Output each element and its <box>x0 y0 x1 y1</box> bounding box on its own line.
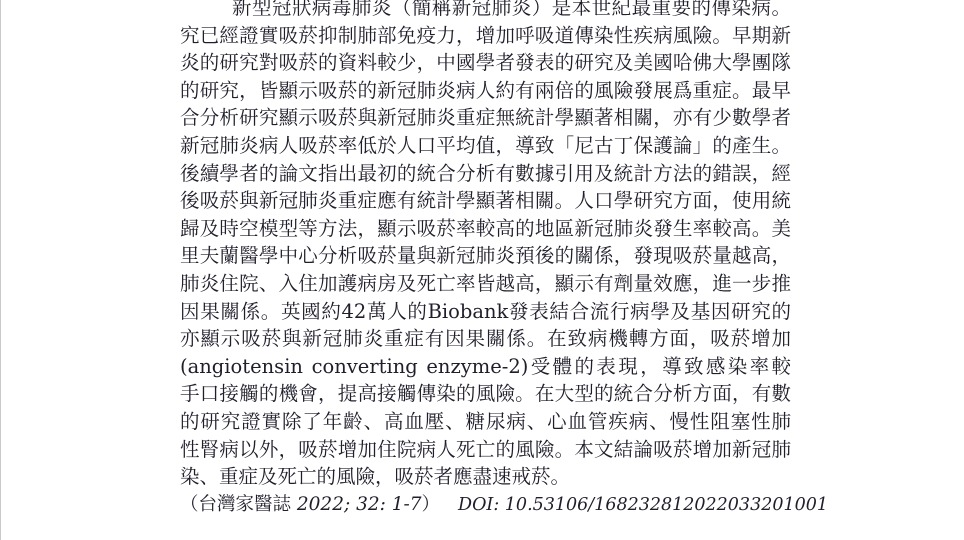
doi-text: DOI: 10.53106/168232812022033201001 <box>458 495 828 515</box>
page-left-edge-divider <box>0 0 1 540</box>
abstract-line: 後吸菸與新冠肺炎重症應有統計學顯著相關。人口學研究方面，使用統合回 <box>180 187 791 215</box>
citation-volume-pages: 2022; 32: 1-7 <box>297 494 422 515</box>
abstract-line: 新型冠狀病毒肺炎（簡稱新冠肺炎）是本世紀最重要的傳染病。許多研 <box>180 0 791 22</box>
abstract-line: (angiotensin converting enzyme-2)受體的表現，導… <box>180 353 791 381</box>
abstract-line: 亦顯示吸菸與新冠肺炎重症有因果關係。在致病機轉方面，吸菸增加ACE2 <box>180 325 791 353</box>
abstract-line: 新冠肺炎病人吸菸率低於人口平均值，導致「尼古丁保護論」的產生。然而 <box>180 132 791 160</box>
abstract-line: 性腎病以外，吸菸增加住院病人死亡的風險。本文結論吸菸增加新冠肺炎感 <box>180 436 791 464</box>
abstract-line: 合分析研究顯示吸菸與新冠肺炎重症無統計學顯著相關，亦有少數學者報告 <box>180 104 791 132</box>
abstract-line: 手口接觸的機會，提高接觸傳染的風險。在大型的統合分析方面，有數萬人 <box>180 380 791 408</box>
abstract-line: 里夫蘭醫學中心分析吸菸量與新冠肺炎預後的關係，發現吸菸量越高，新冠 <box>180 242 791 270</box>
abstract-line: 炎的研究對吸菸的資料較少，中國學者發表的研究及美國哈佛大學團隊發表 <box>180 49 791 77</box>
abstract-line: 究已經證實吸菸抑制肺部免疫力，增加呼吸道傳染性疾病風險。早期新冠肺 <box>180 22 791 50</box>
citation-suffix: ） <box>422 494 441 515</box>
journal-abstract-page: 新型冠狀病毒肺炎（簡稱新冠肺炎）是本世紀最重要的傳染病。許多研究已經證實吸菸抑制… <box>0 0 964 540</box>
abstract-line: 的研究，皆顯示吸菸的新冠肺炎病人約有兩倍的風險發展爲重症。最早的統 <box>180 77 791 105</box>
citation-journal-prefix: （台灣家醫誌 <box>180 494 297 515</box>
abstract-line: 肺炎住院、入住加護病房及死亡率皆越高，顯示有劑量效應，進一步推論有 <box>180 270 791 298</box>
abstract-line: 歸及時空模型等方法，顯示吸菸率較高的地區新冠肺炎發生率較高。美國克 <box>180 215 791 243</box>
abstract-line: 染、重症及死亡的風險，吸菸者應盡速戒菸。 <box>180 463 791 491</box>
abstract-line: 因果關係。英國約42萬人的Biobank發表結合流行病學及基因研究的資料， <box>180 298 791 326</box>
abstract-line: 後續學者的論文指出最初的統合分析有數據引用及統計方法的錯誤，經更正 <box>180 160 791 188</box>
abstract-line: 的研究證實除了年齡、高血壓、糖尿病、心血管疾病、慢性阻塞性肺病、慢 <box>180 408 791 436</box>
citation-line: （台灣家醫誌 2022; 32: 1-7）DOI: 10.53106/16823… <box>180 491 791 520</box>
abstract-text: 新型冠狀病毒肺炎（簡稱新冠肺炎）是本世紀最重要的傳染病。許多研究已經證實吸菸抑制… <box>180 0 791 491</box>
